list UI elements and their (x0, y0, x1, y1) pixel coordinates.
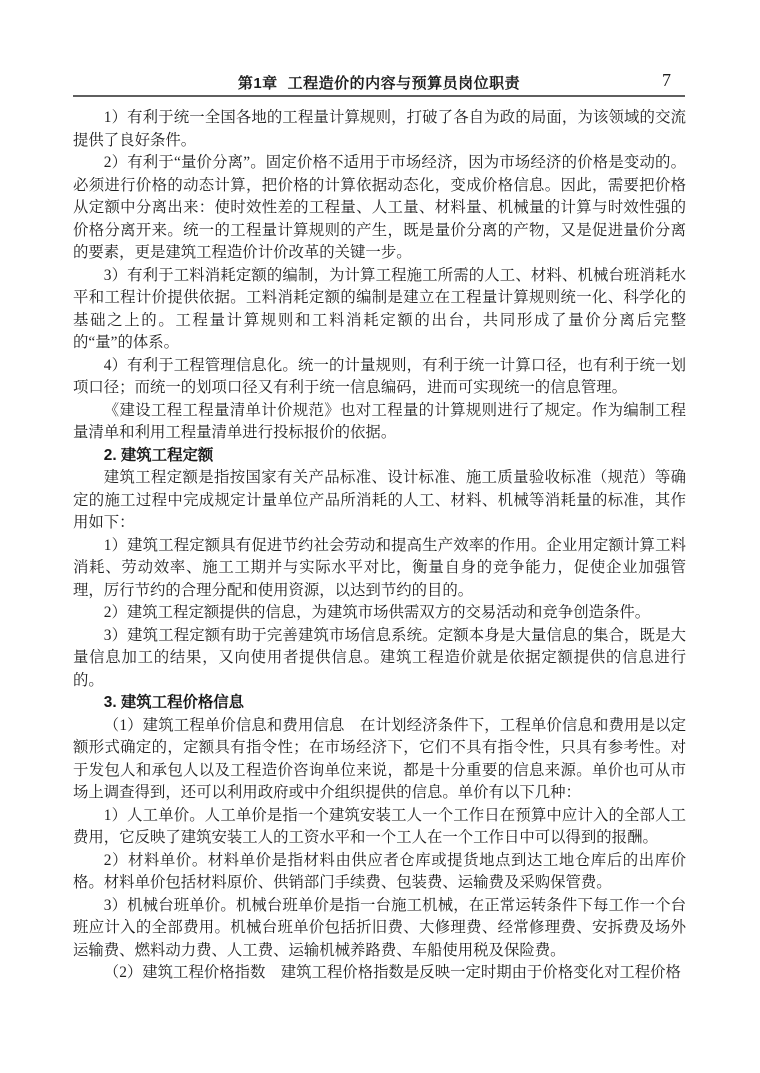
paragraph: （1）建筑工程单价信息和费用信息 在计划经济条件下，工程单价信息和费用是以定额形… (73, 715, 686, 805)
paragraph: 3）建筑工程定额有助于完善建筑市场信息系统。定额本身是大量信息的集合，既是大量信… (73, 625, 686, 693)
paragraph: 2）建筑工程定额提供的信息，为建筑市场供需双方的交易活动和竞争创造条件。 (73, 602, 686, 625)
paragraph: 1）建筑工程定额具有促进节约社会劳动和提高生产效率的作用。企业用定额计算工料消耗… (73, 535, 686, 603)
paragraph: 4）有利于工程管理信息化。统一的计量规则，有利于统一计算口径，也有利于统一划项口… (73, 355, 686, 400)
page-body: 1）有利于统一全国各地的工程量计算规则，打破了各自为政的局面，为该领域的交流提供… (73, 107, 686, 985)
chapter-number: 第1章 (238, 75, 278, 92)
paragraph: （2）建筑工程价格指数 建筑工程价格指数是反映一定时期由于价格变化对工程价格 (73, 962, 686, 985)
chapter-heading: 第1章工程造价的内容与预算员岗位职责 (73, 72, 685, 93)
section-heading: 2. 建筑工程定额 (73, 445, 686, 468)
page-header: 第1章工程造价的内容与预算员岗位职责 7 (73, 70, 685, 96)
section-heading: 3. 建筑工程价格信息 (73, 692, 686, 715)
chapter-title: 工程造价的内容与预算员岗位职责 (288, 75, 521, 92)
header-divider (73, 95, 685, 97)
document-page: 第1章工程造价的内容与预算员岗位职责 7 1）有利于统一全国各地的工程量计算规则… (0, 0, 760, 1073)
paragraph: 《建设工程工程量清单计价规范》也对工程量的计算规则进行了规定。作为编制工程量清单… (73, 400, 686, 445)
paragraph: 3）有利于工料消耗定额的编制，为计算工程施工所需的人工、材料、机械台班消耗水平和… (73, 265, 686, 355)
paragraph: 2）材料单价。材料单价是指材料由供应者仓库或提货地点到达工地仓库后的出库价格。材… (73, 850, 686, 895)
paragraph: 2）有利于“量价分离”。固定价格不适用于市场经济，因为市场经济的价格是变动的。必… (73, 152, 686, 265)
page-number: 7 (662, 70, 671, 91)
paragraph: 建筑工程定额是指按国家有关产品标准、设计标准、施工质量验收标准（规范）等确定的施… (73, 467, 686, 535)
paragraph: 3）机械台班单价。机械台班单价是指一台施工机械，在正常运转条件下每工作一个台班应… (73, 895, 686, 963)
paragraph: 1）有利于统一全国各地的工程量计算规则，打破了各自为政的局面，为该领域的交流提供… (73, 107, 686, 152)
paragraph: 1）人工单价。人工单价是指一个建筑安装工人一个工作日在预算中应计入的全部人工费用… (73, 805, 686, 850)
